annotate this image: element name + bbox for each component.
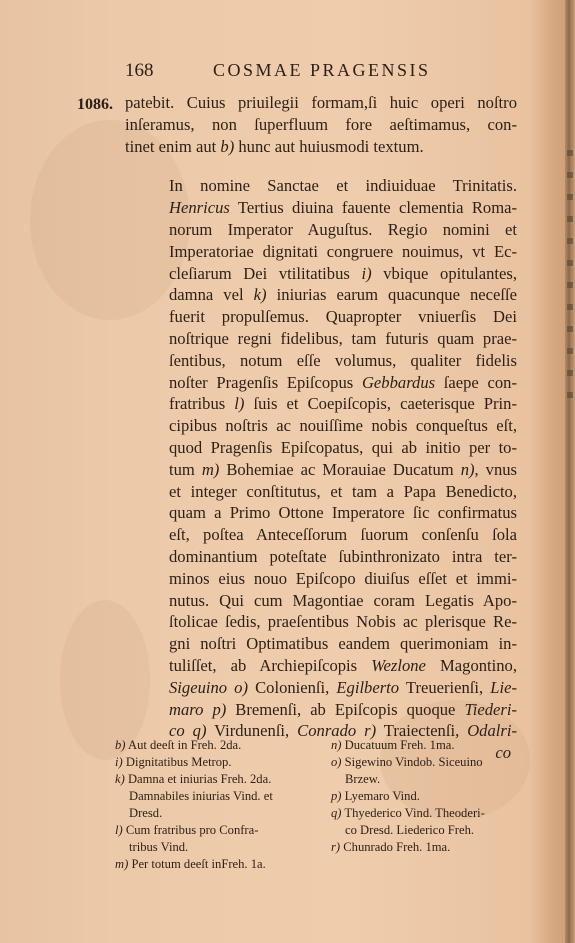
text-line: Sigeuino o) Colonienſi, Egilberto Treuer… xyxy=(125,677,517,699)
text-line: quod Pragenſis Epiſcopatus, qui ab initi… xyxy=(125,437,517,459)
footnote-mark: i) xyxy=(115,755,123,769)
footnote-k: k) Damna et iniurias Freh. 2da. Damnabil… xyxy=(115,771,325,822)
text-line: cipibus noſtris ac nouiſſime nobis conqu… xyxy=(125,415,517,437)
footnote-text: Sigewino Vindob. Siceuino xyxy=(345,755,483,769)
text-line: In nomine Sanctae et indiuiduae Trinitat… xyxy=(125,175,517,197)
footnote-mark: l) xyxy=(115,823,123,837)
text-line: et integer conſtitutus, et tam a Papa Be… xyxy=(125,481,517,503)
footnote-mark: b) xyxy=(115,738,126,752)
text-line: maro p) Bremenſi, ab Epiſcopis quoque Ti… xyxy=(125,699,517,721)
text-line: Imperatoriae dignitati congruere nouimus… xyxy=(125,241,517,263)
text-line: tum m) Bohemiae ac Morauiae Ducatum n), … xyxy=(125,459,517,481)
footnote-m: m) Per totum deeſt inFreh. 1a. xyxy=(115,856,325,873)
footnote-l: l) Cum fratribus pro Confra- tribus Vind… xyxy=(115,822,325,856)
footnote-continuation: Dresd. xyxy=(115,805,325,822)
text-line: noſter Pragenſis Epiſcopus Gebbardus ſae… xyxy=(125,372,517,394)
footnote-text: Per totum deeſt inFreh. 1a. xyxy=(131,857,265,871)
text-line: norum Imperator Auguſtus. Regio nomini e… xyxy=(125,219,517,241)
text-line: tuliſſet, ab Archiepiſcopis Wezlone Mago… xyxy=(125,655,517,677)
paragraph-intro: patebit. Cuius priuilegii formam,ſi huic… xyxy=(125,92,517,157)
footnotes-right-column: n) Ducatuum Freh. 1ma. o) Sigewino Vindo… xyxy=(331,737,541,856)
footnote-text: Ducatuum Freh. 1ma. xyxy=(345,738,455,752)
text-line: eſt, poſtea Anteceſſorum ſuorum conſenſu… xyxy=(125,524,517,546)
footnote-text: Thyederico Vind. Theoderi- xyxy=(344,806,484,820)
text-line: quam a Primo Ottone Imperatore ſic confi… xyxy=(125,502,517,524)
footnote-text: Lyemaro Vind. xyxy=(345,789,420,803)
text-line: minos eius nouo Epiſcopo diuiſus eſſet e… xyxy=(125,568,517,590)
text-line: tinet enim aut b) hunc aut huiusmodi tex… xyxy=(125,136,517,158)
footnote-r: r) Chunrado Freh. 1ma. xyxy=(331,839,541,856)
footnote-continuation: co Dresd. Liederico Freh. xyxy=(331,822,541,839)
text-line: noſtrique regni fidelibus, tam futuris q… xyxy=(125,328,517,350)
paragraph-charter: In nomine Sanctae et indiuiduae Trinitat… xyxy=(125,175,517,764)
facing-page-bleed xyxy=(567,150,573,410)
footnote-n: n) Ducatuum Freh. 1ma. xyxy=(331,737,541,754)
footnote-i: i) Dignitatibus Metrop. xyxy=(115,754,325,771)
running-title: COSMAE PRAGENSIS xyxy=(213,60,431,81)
footnote-text: Aut deeſt in Freh. 2da. xyxy=(128,738,241,752)
footnote-p: p) Lyemaro Vind. xyxy=(331,788,541,805)
footnote-mark: q) xyxy=(331,806,342,820)
footnote-mark: k) xyxy=(115,772,125,786)
text-line: Henricus Tertius diuina fauente clementi… xyxy=(125,197,517,219)
text-line: damna vel k) iniurias earum quacunque ne… xyxy=(125,284,517,306)
margin-year: 1086. xyxy=(77,96,113,114)
footnote-mark: p) xyxy=(331,789,342,803)
text-line: ſentibus, notum eſſe volumus, qualiter f… xyxy=(125,350,517,372)
running-header: 168 COSMAE PRAGENSIS xyxy=(125,60,525,84)
text-line: fuerit propulſemus. Quapropter vniuerſis… xyxy=(125,306,517,328)
footnote-text: Cum fratribus pro Confra- xyxy=(126,823,259,837)
text-line: fratribus l) ſuis et Coepiſcopis, caeter… xyxy=(125,393,517,415)
main-text: patebit. Cuius priuilegii formam,ſi huic… xyxy=(125,92,517,764)
footnotes-left-column: b) Aut deeſt in Freh. 2da. i) Dignitatib… xyxy=(115,737,325,873)
page-number: 168 xyxy=(125,60,154,82)
page-edge xyxy=(565,0,575,943)
footnote-mark: r) xyxy=(331,840,340,854)
footnote-continuation: Brzew. xyxy=(331,771,541,788)
text-line: gni noſtri Optimatibus eandem querimonia… xyxy=(125,633,517,655)
text-line: ſtolicae ſedis, praeſentibus Nobis ac pl… xyxy=(125,611,517,633)
text-line: dominantium poteſtate ſubinthronizato in… xyxy=(125,546,517,568)
text-line: inſeramus, non ſuperfluum fore aeſtimamu… xyxy=(125,114,517,136)
text-line: patebit. Cuius priuilegii formam,ſi huic… xyxy=(125,92,517,114)
book-page: 168 COSMAE PRAGENSIS 1086. patebit. Cuiu… xyxy=(0,0,575,943)
footnote-text: Dignitatibus Metrop. xyxy=(126,755,232,769)
footnote-text: Damna et iniurias Freh. 2da. xyxy=(128,772,271,786)
footnote-mark: m) xyxy=(115,857,128,871)
footnote-mark: n) xyxy=(331,738,342,752)
text-line: nutus. Qui cum Magontiae coram Legatis A… xyxy=(125,590,517,612)
footnote-continuation: tribus Vind. xyxy=(115,839,325,856)
text-line: cleſiarum Dei vtilitatibus i) vbique opi… xyxy=(125,263,517,285)
footnote-o: o) Sigewino Vindob. Siceuino Brzew. xyxy=(331,754,541,788)
footnote-continuation: Damnabiles iniurias Vind. et xyxy=(115,788,325,805)
footnote-b: b) Aut deeſt in Freh. 2da. xyxy=(115,737,325,754)
footnote-mark: o) xyxy=(331,755,342,769)
footnote-text: Chunrado Freh. 1ma. xyxy=(343,840,450,854)
footnote-q: q) Thyederico Vind. Theoderi- co Dresd. … xyxy=(331,805,541,839)
